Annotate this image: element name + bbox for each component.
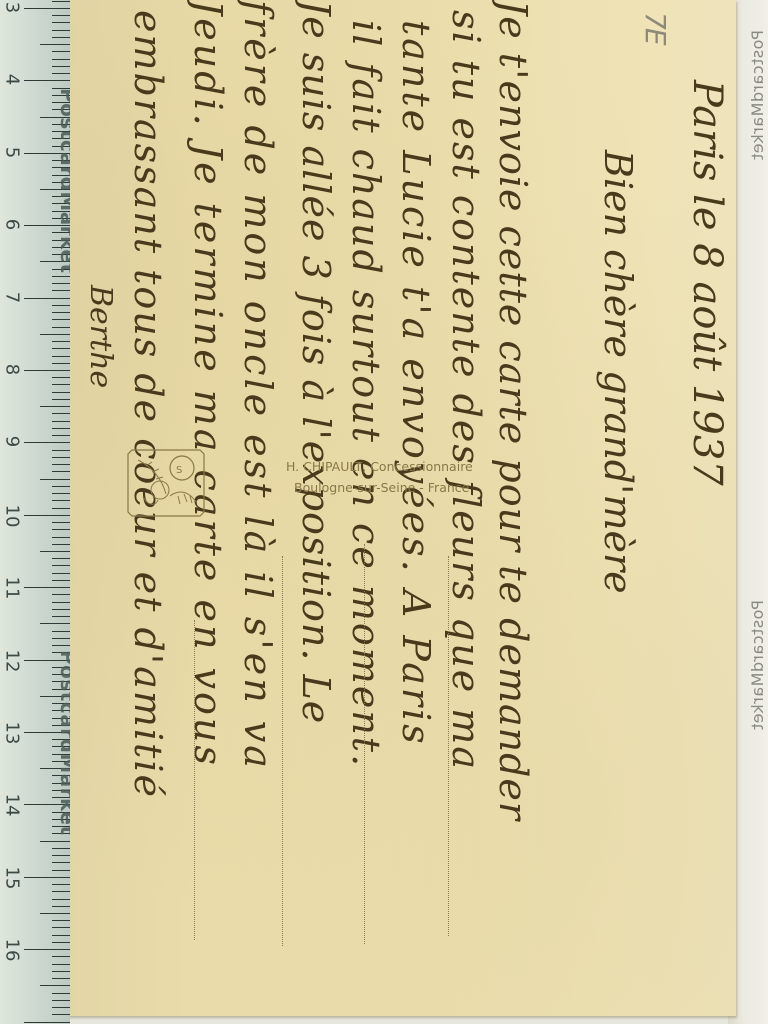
ruler-tick — [52, 638, 70, 639]
ruler-number: 9 — [2, 432, 23, 452]
pencil-note: 7E — [639, 12, 672, 44]
ruler-tick — [52, 428, 70, 429]
ruler-tick — [52, 616, 70, 617]
ruler-tick — [52, 392, 70, 393]
date-line: Paris le 8 août 1937 — [684, 80, 730, 486]
ruler: 345678910111213141516PostcardMarketPostc… — [0, 0, 70, 1024]
ruler-tick — [52, 37, 70, 38]
ruler-tick — [52, 500, 70, 501]
publisher-line-1: H. CHIPAULT, Concessionnaire — [286, 456, 473, 477]
ruler-tick — [52, 471, 70, 472]
body-line-8: embrassant tous de coeur et d'amitié — [126, 10, 170, 799]
ruler-tick — [52, 22, 70, 23]
ruler-tick — [52, 464, 70, 465]
body-line-7: Jeudi. Je termine ma carte en vous — [186, 0, 230, 768]
ruler-tick — [52, 327, 70, 328]
ruler-tick — [52, 508, 70, 509]
ruler-tick — [52, 290, 70, 291]
ruler-tick — [52, 363, 70, 364]
ruler-tick — [24, 80, 70, 81]
ruler-number: 6 — [2, 215, 23, 235]
ruler-tick — [52, 283, 70, 284]
ruler-tick — [52, 486, 70, 487]
ruler-number: 5 — [2, 142, 23, 162]
ruler-number: 4 — [2, 70, 23, 90]
watermark-text-1: PostcardMarket — [748, 30, 767, 161]
backing-watermark: PostcardMarket PostcardMarket — [748, 0, 768, 1024]
ruler-tick — [52, 993, 70, 994]
ruler-tick — [52, 855, 70, 856]
ruler-tick — [40, 841, 70, 842]
ruler-tick — [24, 370, 70, 371]
ruler-tick — [24, 8, 70, 9]
ruler-tick — [40, 479, 70, 480]
ruler-tick — [52, 573, 70, 574]
ruler-tick — [52, 942, 70, 943]
ruler-tick — [52, 1000, 70, 1001]
ruler-tick — [52, 377, 70, 378]
address-line-1 — [448, 556, 449, 936]
body-line-4: il fait chaud surtout en ce moment. — [344, 20, 388, 768]
signature: Berthe — [83, 285, 118, 388]
ruler-tick — [52, 66, 70, 67]
ruler-tick — [52, 565, 70, 566]
ruler-tick — [52, 964, 70, 965]
ruler-tick — [24, 442, 70, 443]
ruler-number: 11 — [2, 577, 23, 597]
ruler-tick — [52, 594, 70, 595]
ruler-number: 16 — [2, 939, 23, 959]
ruler-tick — [52, 450, 70, 451]
ruler-tick — [52, 848, 70, 849]
ruler-tick — [52, 341, 70, 342]
ruler-tick — [52, 30, 70, 31]
ruler-tick — [52, 522, 70, 523]
ruler-tick — [52, 15, 70, 16]
ruler-brand: PostcardMarket — [56, 88, 70, 274]
ruler-tick — [52, 891, 70, 892]
ruler-tick — [52, 631, 70, 632]
ruler-number: 7 — [2, 287, 23, 307]
ruler-number: 10 — [2, 504, 23, 524]
ruler-tick — [52, 870, 70, 871]
ruler-tick — [52, 493, 70, 494]
ruler-tick — [24, 587, 70, 588]
ruler-tick — [40, 44, 70, 45]
ruler-tick — [24, 877, 70, 878]
ruler-number: 13 — [2, 722, 23, 742]
salutation: Bien chère grand'mère — [596, 150, 640, 594]
body-line-5: Je suis allée 3 fois à l'exposition. Le — [294, 0, 338, 724]
ruler-tick — [24, 949, 70, 950]
ruler-tick — [52, 435, 70, 436]
ruler-number: 14 — [2, 794, 23, 814]
ruler-tick — [40, 985, 70, 986]
ruler-tick — [52, 384, 70, 385]
ruler-tick — [52, 971, 70, 972]
ruler-tick — [52, 73, 70, 74]
ruler-tick — [52, 399, 70, 400]
body-line-6: frère de mon oncle est là il s'en va — [236, 0, 280, 771]
body-line-3: tante Lucie t'a envoyées. A Paris — [394, 20, 438, 747]
ruler-tick — [52, 580, 70, 581]
ruler-tick — [52, 906, 70, 907]
ruler-brand: PostcardMarket — [56, 650, 70, 836]
ruler-tick — [52, 319, 70, 320]
ruler-tick — [52, 920, 70, 921]
ruler-tick — [52, 978, 70, 979]
ruler-number: 3 — [2, 0, 23, 18]
ruler-tick — [52, 413, 70, 414]
ruler-tick — [52, 862, 70, 863]
ruler-tick — [24, 515, 70, 516]
ruler-tick — [52, 558, 70, 559]
ruler-tick — [40, 334, 70, 335]
ruler-tick — [52, 276, 70, 277]
ruler-tick — [52, 927, 70, 928]
ruler-number: 8 — [2, 360, 23, 380]
address-line-2 — [364, 544, 365, 944]
publisher-line-2: Boulogne-sur-Seine - France — [286, 477, 473, 498]
ruler-tick — [52, 1, 70, 2]
ruler-tick — [52, 348, 70, 349]
ruler-number: 15 — [2, 866, 23, 886]
ruler-tick — [52, 51, 70, 52]
ruler-tick — [52, 457, 70, 458]
publisher-logo-icon: S — [126, 446, 206, 520]
ruler-tick — [52, 884, 70, 885]
ruler-tick — [52, 356, 70, 357]
ruler-tick — [24, 1022, 70, 1023]
ruler-tick — [52, 609, 70, 610]
ruler-tick — [52, 59, 70, 60]
body-line-1: Je t'envoie cette carte pour te demander — [491, 0, 535, 821]
ruler-number: 12 — [2, 649, 23, 669]
address-line-4 — [194, 620, 195, 940]
ruler-tick — [52, 529, 70, 530]
ruler-tick — [52, 312, 70, 313]
ruler-tick — [52, 537, 70, 538]
ruler-tick — [52, 899, 70, 900]
ruler-tick — [52, 544, 70, 545]
watermark-text-2: PostcardMarket — [748, 600, 767, 731]
ruler-tick — [24, 298, 70, 299]
ruler-tick — [52, 305, 70, 306]
publisher-imprint: H. CHIPAULT, Concessionnaire Boulogne-su… — [286, 456, 473, 498]
ruler-tick — [52, 602, 70, 603]
ruler-tick — [52, 956, 70, 957]
ruler-tick — [40, 623, 70, 624]
svg-text:S: S — [176, 465, 182, 476]
ruler-tick — [52, 421, 70, 422]
ruler-tick — [52, 645, 70, 646]
address-line-3 — [282, 556, 283, 946]
body-line-2: si tu est contente des fleurs que ma — [444, 10, 488, 771]
ruler-tick — [40, 406, 70, 407]
ruler-tick — [52, 1007, 70, 1008]
ruler-tick — [52, 1014, 70, 1015]
ruler-tick — [40, 913, 70, 914]
ruler-tick — [40, 551, 70, 552]
ruler-tick — [52, 935, 70, 936]
